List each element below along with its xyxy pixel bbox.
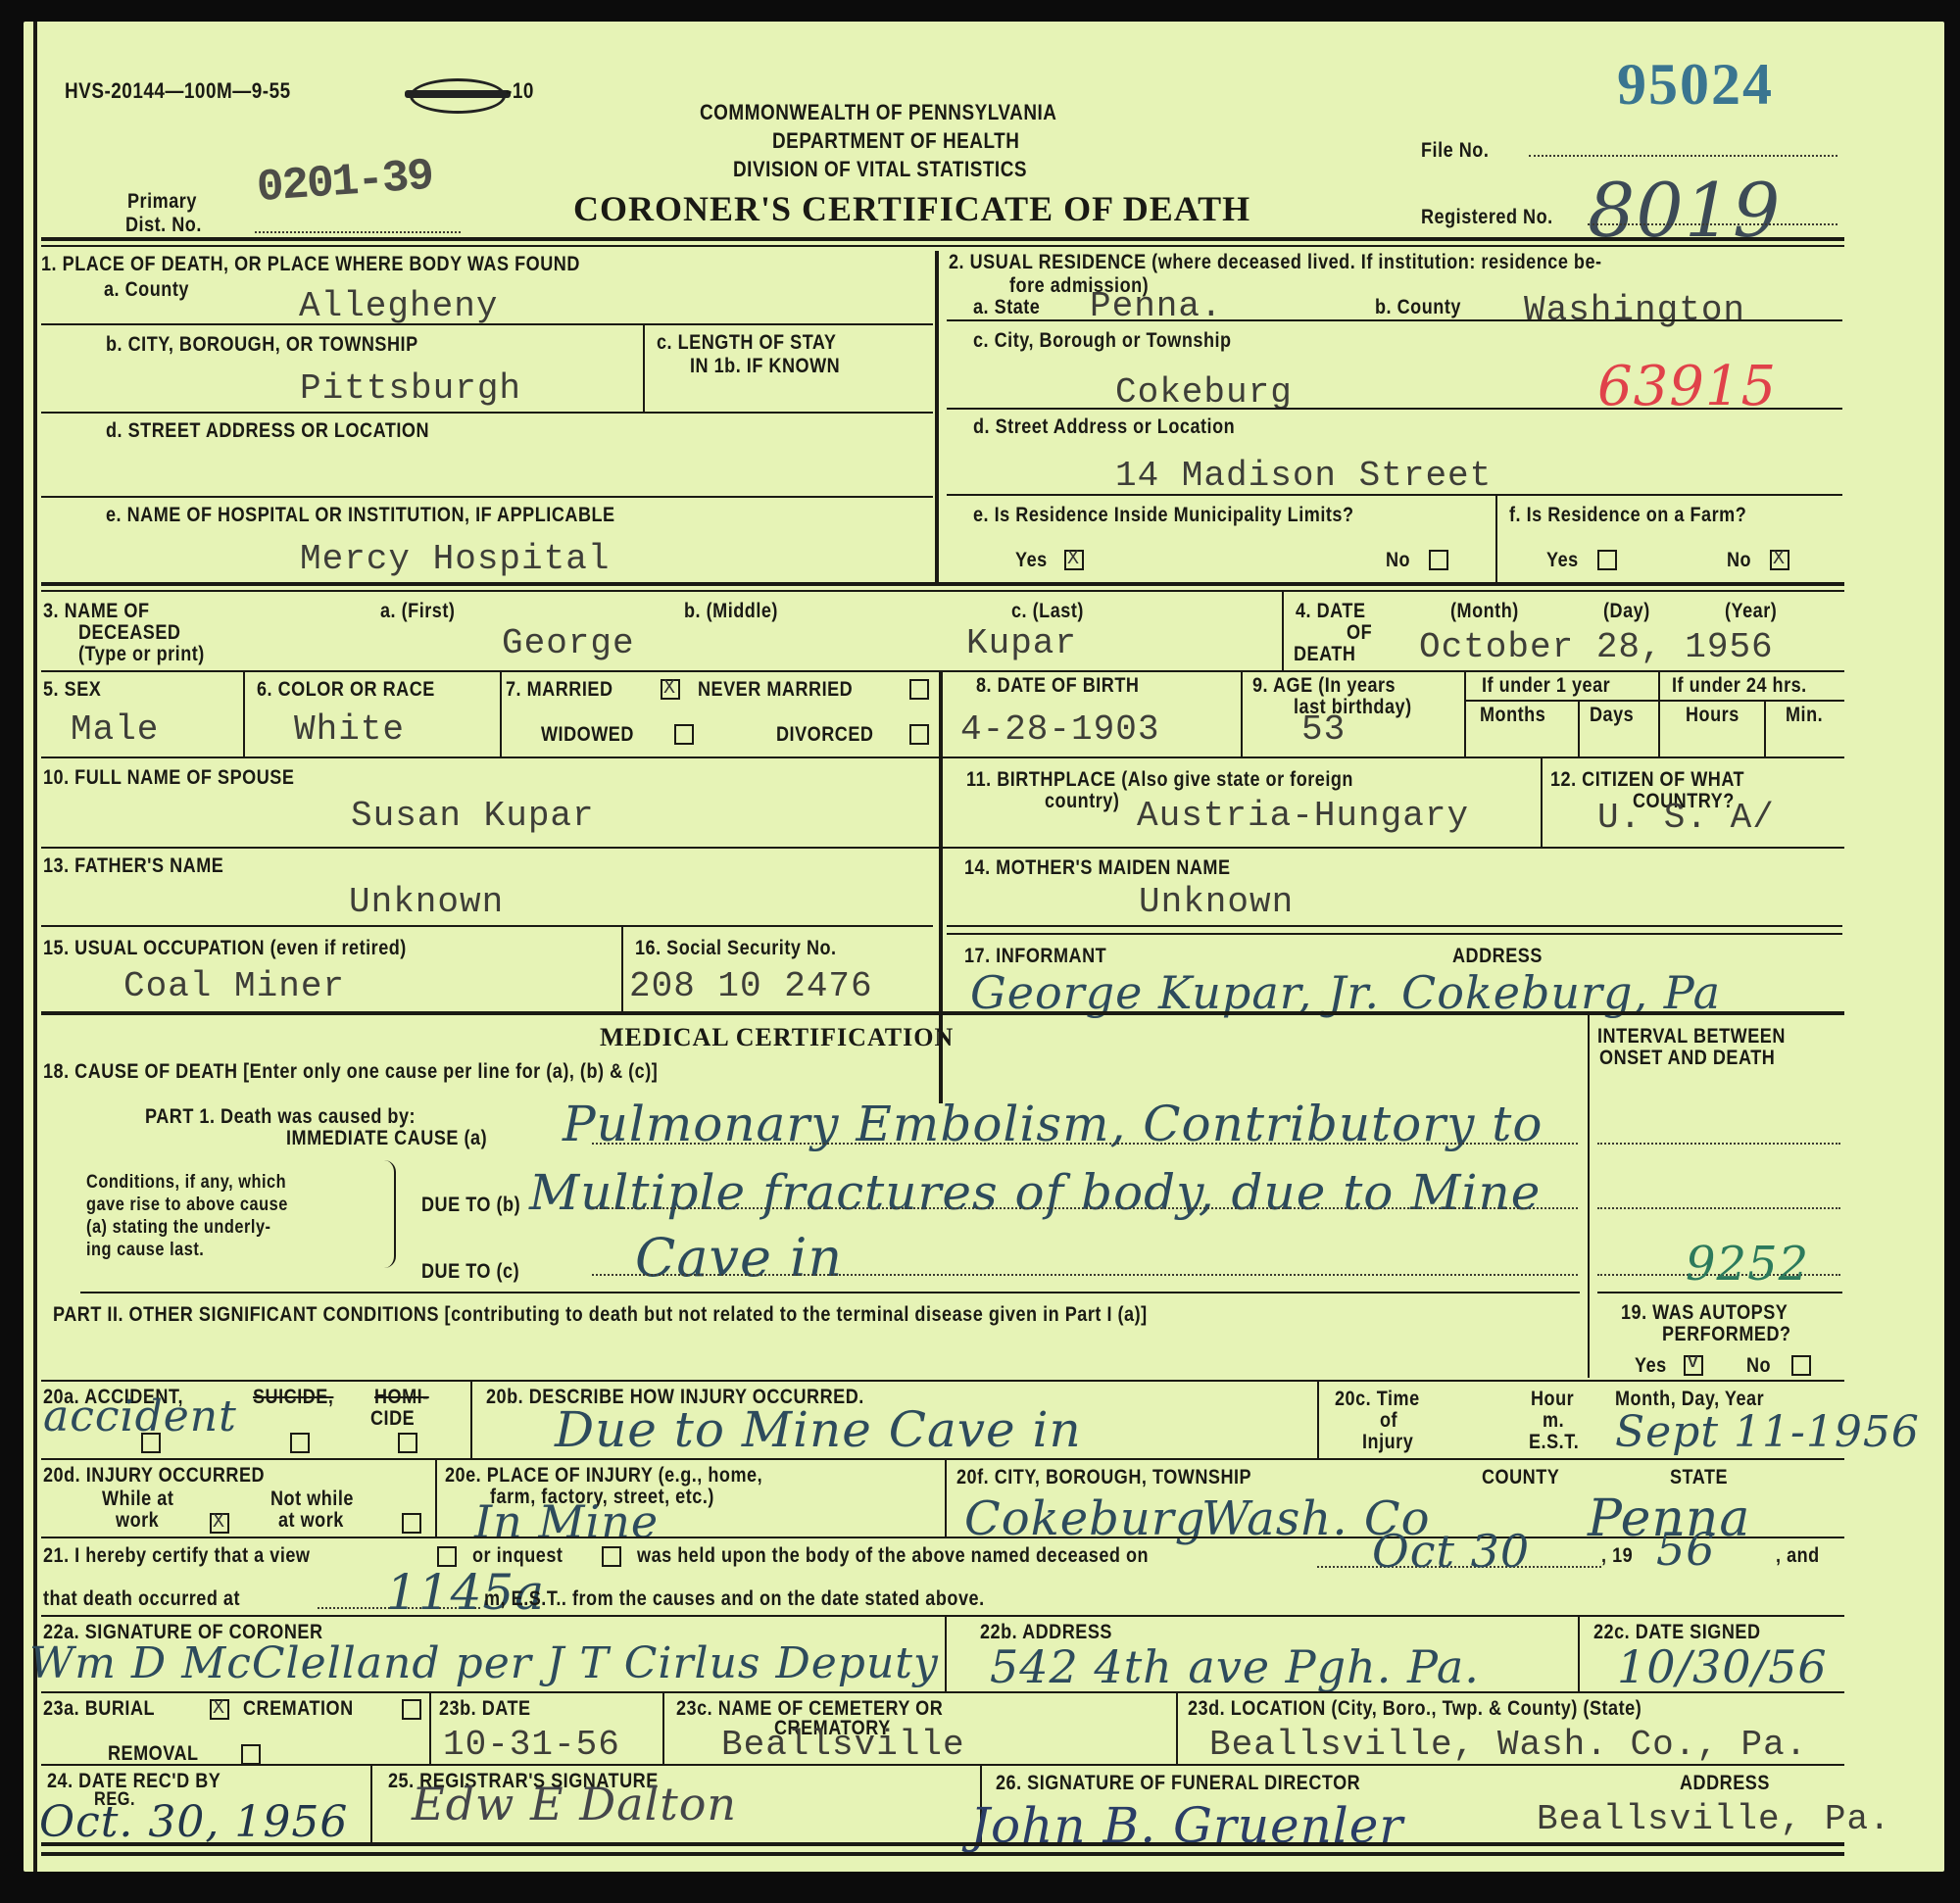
social-security-no[interactable]: 208 10 2476 [629,966,873,1006]
last-name[interactable]: Kupar [966,623,1077,663]
farm-yes-label: Yes [1546,549,1579,572]
rule [1282,592,1284,672]
agency-line-2: DEPARTMENT OF HEALTH [772,128,1019,154]
informant-address-label: ADDRESS [1452,945,1543,968]
removal-checkbox[interactable] [241,1744,261,1765]
res-county-label: b. County [1375,296,1461,319]
cremation-checkbox[interactable] [402,1699,421,1720]
file-no-label: File No. [1421,139,1489,163]
mother-maiden-name[interactable]: Unknown [1139,882,1294,922]
rule [429,1691,431,1766]
divorced-checkbox[interactable] [909,724,929,745]
rule [1495,494,1497,582]
county-label: a. County [104,278,189,302]
rule [41,496,933,498]
rule [1464,700,1844,702]
length-of-stay-label-2: IN 1b. IF KNOWN [690,355,840,378]
spouse-name[interactable]: Susan Kupar [351,796,595,836]
birthplace-label-2: country) [1045,790,1119,813]
rule [947,925,1842,927]
months-label: Months [1480,704,1545,727]
rule [935,251,939,582]
widowed-checkbox[interactable] [674,724,694,745]
spouse-label: 10. FULL NAME OF SPOUSE [43,766,294,790]
rule [41,237,1844,241]
mother-label: 14. MOTHER'S MAIDEN NAME [964,856,1231,880]
stamp-number: 95024 [1617,51,1774,119]
month-label: (Month) [1450,600,1519,623]
under-1-year-label: If under 1 year [1482,674,1610,698]
rule [947,933,1842,935]
cause-b-line [592,1207,1578,1209]
part2-label: PART II. OTHER SIGNIFICANT CONDITIONS [c… [53,1303,1148,1327]
farm-yes-checkbox[interactable] [1597,550,1617,570]
father-label: 13. FATHER'S NAME [43,854,223,878]
rule [945,1615,947,1693]
citizen-label-1: 12. CITIZEN OF WHAT [1550,768,1744,792]
death-county[interactable]: Allegheny [299,286,498,326]
rule [41,1764,1844,1766]
funeral-director-address[interactable]: Beallsville, Pa. [1537,1799,1891,1839]
date-of-birth[interactable]: 4-28-1903 [960,709,1159,750]
coroner-signature[interactable]: Wm D McClelland per J T Cirlus Deputy [29,1638,939,1688]
union-label-suffix: -10 [506,78,534,104]
name-label-2: DECEASED [78,621,180,645]
date-received[interactable]: Oct. 30, 1956 [39,1797,348,1847]
injury-county-label: COUNTY [1482,1466,1559,1489]
file-no-field[interactable] [1529,155,1837,157]
rule [41,590,1844,592]
never-married-checkbox[interactable] [909,679,929,700]
autopsy-no-label: No [1746,1354,1771,1378]
rule [1578,1615,1580,1693]
injury-state-label: STATE [1670,1466,1728,1489]
cause-b[interactable]: Multiple fractures of body, due to Mine [529,1164,1541,1221]
street-label: d. STREET ADDRESS OR LOCATION [106,419,429,443]
rule [41,582,1844,586]
autopsy-label-1: 19. WAS AUTOPSY [1621,1301,1788,1325]
rule [1578,700,1580,756]
cert-line1-a: 21. I hereby certify that a view [43,1544,310,1568]
injury-type[interactable]: accident [43,1391,237,1441]
funeral-director-label: 26. SIGNATURE OF FUNERAL DIRECTOR [996,1772,1360,1795]
injury-date[interactable]: Sept 11-1956 [1615,1407,1920,1457]
rule [1317,1380,1319,1460]
hour-label-1: Hour [1531,1388,1574,1411]
rule [41,1380,1844,1382]
rule [1658,672,1660,756]
rule [41,847,1844,849]
rule [243,672,245,756]
hospital-label: e. NAME OF HOSPITAL OR INSTITUTION, IF A… [106,504,615,527]
married-checkbox[interactable] [661,679,680,700]
dod-label-1: 4. DATE [1296,600,1366,623]
rule [1588,1013,1590,1378]
sex[interactable]: Male [71,709,159,750]
cremation-label: CREMATION [243,1697,354,1721]
rule [41,412,933,414]
rule [947,319,1842,321]
never-married-label: NEVER MARRIED [698,678,853,702]
registered-no-label: Registered No. [1421,206,1553,229]
residence-label-1: 2. USUAL RESIDENCE (where deceased lived… [949,251,1602,274]
rule [41,756,1844,758]
birthplace-label-1: 11. BIRTHPLACE (Also give state or forei… [966,768,1353,792]
days-label: Days [1590,704,1634,727]
form-code: HVS-20144—100M—9-55 [65,78,291,104]
accident-checkbox[interactable] [141,1433,161,1453]
removal-label: REMOVAL [108,1742,199,1766]
union-label-seal-icon [410,78,506,114]
rule [41,1691,1844,1693]
farm-no-checkbox[interactable] [1770,550,1789,570]
dob-label: 8. DATE OF BIRTH [976,674,1139,698]
autopsy-yes-label: Yes [1635,1354,1667,1378]
rule [41,1537,1844,1538]
rule [1176,1691,1178,1766]
res-city-label: c. City, Borough or Township [973,329,1232,353]
rule [1241,672,1243,756]
autopsy-no-checkbox[interactable] [1791,1355,1811,1376]
how-injury-occurred[interactable]: Due to Mine Cave in [555,1401,1082,1458]
homi-label: HOMI- [374,1386,429,1409]
rule [41,1852,1844,1856]
agency-line-3: DIVISION OF VITAL STATISTICS [733,157,1027,182]
cause-of-death-label: 18. CAUSE OF DEATH [Enter only one cause… [43,1060,658,1084]
cause-c-line [592,1274,1578,1276]
burial-label: 23a. BURIAL [43,1697,155,1721]
inside-no-label: No [1386,549,1410,572]
name-label-1: 3. NAME OF [43,600,150,623]
interval-code: 9252 [1686,1237,1809,1292]
inside-yes-checkbox[interactable] [1064,550,1084,570]
race[interactable]: White [294,709,405,750]
time-label-3: Injury [1362,1431,1413,1454]
hour-label-3: E.S.T. [1529,1431,1579,1454]
rule [41,1458,1844,1460]
autopsy-label-2: PERFORMED? [1662,1323,1791,1346]
hospital[interactable]: Mercy Hospital [300,539,610,579]
rule [500,672,502,756]
primary-dist-label-2: Dist. No. [125,214,202,237]
res-street-label: d. Street Address or Location [973,415,1235,439]
primary-dist-line [255,231,461,233]
sex-label: 5. SEX [43,678,101,702]
farm-label: f. Is Residence on a Farm? [1509,504,1746,527]
burial-location[interactable]: Beallsville, Wash. Co., Pa. [1209,1725,1807,1765]
rule [945,1460,947,1538]
cert-line2-a: that death occurred at [43,1587,240,1611]
time-label-1: 20c. Time [1335,1388,1420,1411]
part1-label: PART 1. Death was caused by: [145,1105,416,1129]
conditions-brace [384,1160,396,1268]
rule [1464,672,1466,756]
citizenship[interactable]: U. S. A/ [1597,798,1775,838]
interval-label-1: INTERVAL BETWEEN [1597,1025,1786,1049]
conditions-label-2: gave rise to above cause [86,1195,288,1216]
divorced-label: DIVORCED [776,723,873,747]
rule [41,323,933,325]
conditions-label-3: (a) stating the underly- [86,1217,271,1239]
rule [643,323,645,412]
interval-b-field[interactable] [1597,1207,1840,1209]
funeral-address-label: ADDRESS [1680,1772,1770,1795]
due-to-b-label: DUE TO (b) [421,1194,520,1217]
due-to-c-label: DUE TO (c) [421,1260,519,1284]
rule [41,925,933,927]
date-of-death[interactable]: October 28, 1956 [1419,627,1774,667]
held-year[interactable]: 56 [1656,1523,1716,1576]
ssn-label: 16. Social Security No. [635,937,837,960]
race-label: 6. COLOR OR RACE [257,678,435,702]
place-of-death-label: 1. PLACE OF DEATH, OR PLACE WHERE BODY W… [41,253,580,276]
burial-checkbox[interactable] [210,1699,229,1720]
interval-a-field[interactable] [1597,1143,1840,1145]
rule [621,925,623,1013]
rule [370,1764,372,1842]
cert-line2-b: m, E.S.T.. from the causes and on the da… [484,1587,985,1611]
year-label: (Year) [1725,600,1777,623]
farm-no-label: No [1727,549,1751,572]
autopsy-yes-checkbox[interactable] [1684,1355,1703,1376]
registered-no-line [1588,223,1837,225]
year-prefix: , 19 [1601,1544,1633,1568]
res-state-label: a. State [973,296,1040,319]
injury-city-label: 20f. CITY, BOROUGH, TOWNSHIP [956,1466,1251,1489]
under-24-hrs-label: If under 24 hrs. [1672,674,1807,698]
inquest-checkbox[interactable] [602,1546,621,1567]
held-date[interactable]: Oct 30 [1372,1525,1530,1578]
suicide-label: SUICIDE, [253,1386,333,1409]
rule [1541,758,1543,849]
rule [947,494,1842,496]
homicide-checkbox[interactable] [398,1433,417,1453]
cemetery-name[interactable]: Beallsville [721,1725,965,1765]
disposition-date-label: 23b. DATE [439,1697,531,1721]
cide-label: CIDE [370,1407,415,1431]
while-at-work-label-2: work [116,1509,159,1533]
middle-name-label: b. (Middle) [684,600,778,623]
length-of-stay-label-1: c. LENGTH OF STAY [657,331,836,355]
registrar-signature[interactable]: Edw E Dalton [412,1778,737,1830]
not-at-work-label-2: at work [278,1509,344,1533]
cause-c[interactable]: Cave in [635,1227,843,1289]
rule [41,1615,1844,1617]
name-label-3: (Type or print) [78,643,205,666]
occupation[interactable]: Coal Miner [123,966,345,1006]
while-at-work-label-1: While at [102,1488,173,1511]
first-name-label: a. (First) [380,600,455,623]
rule [41,245,1844,247]
res-city[interactable]: Cokeburg [1115,372,1293,413]
occupation-label: 15. USUAL OCCUPATION (even if retired) [43,937,407,960]
rule [662,1691,664,1766]
father-name[interactable]: Unknown [349,882,504,922]
hours-label: Hours [1686,704,1739,727]
rule [41,670,1844,672]
agency-line-1: COMMONWEALTH OF PENNSYLVANIA [700,100,1056,125]
dod-label-3: DEATH [1294,643,1355,666]
rule [1764,700,1766,756]
conditions-label-4: ing cause last. [86,1240,204,1261]
suicide-checkbox[interactable] [290,1433,310,1453]
married-label: 7. MARRIED [506,678,613,702]
coroner-address[interactable]: 542 4th ave Pgh. Pa. [990,1640,1480,1693]
rule [41,1842,1844,1846]
interval-label-2: ONSET AND DEATH [1599,1047,1775,1070]
medical-heading: MEDICAL CERTIFICATION [600,1023,954,1052]
rule [80,1292,1580,1293]
place-of-injury-label-1: 20e. PLACE OF INJURY (e.g., home, [445,1464,762,1488]
inside-limits-label: e. Is Residence Inside Municipality Limi… [973,504,1354,527]
date-signed[interactable]: 10/30/56 [1617,1640,1828,1693]
rule [947,408,1842,410]
conditions-label-1: Conditions, if any, which [86,1172,286,1194]
inside-no-checkbox[interactable] [1429,550,1448,570]
rule [435,1460,437,1538]
document-title: CORONER'S CERTIFICATE OF DEATH [573,188,1250,229]
dod-label-2: OF [1347,621,1372,645]
time-label-2: of [1380,1409,1397,1433]
inside-yes-label: Yes [1015,549,1048,572]
widowed-label: WIDOWED [541,723,634,747]
cause-a-line [592,1143,1578,1145]
age[interactable]: 53 [1301,709,1346,750]
rule [41,1011,1844,1015]
informant-label: 17. INFORMANT [964,945,1106,968]
min-label: Min. [1786,704,1823,727]
res-county[interactable]: Washington [1524,290,1745,330]
place-of-injury[interactable]: In Mine [474,1495,659,1548]
first-name[interactable]: George [502,623,635,663]
not-at-work-label-1: Not while [270,1488,354,1511]
city-label: b. CITY, BOROUGH, OR TOWNSHIP [106,333,418,357]
birthplace[interactable]: Austria-Hungary [1137,796,1469,836]
location-label: 23d. LOCATION (City, Boro., Twp. & Count… [1188,1697,1641,1721]
hour-label-2: m. [1543,1409,1564,1433]
res-street[interactable]: 14 Madison Street [1115,456,1492,496]
primary-dist-label-1: Primary [127,190,197,214]
age-label-1: 9. AGE (In years [1252,674,1396,698]
day-label: (Day) [1603,600,1650,623]
rule [1597,1292,1842,1293]
not-at-work-checkbox[interactable] [402,1513,421,1534]
left-margin-rule [33,22,37,1872]
while-at-work-checkbox[interactable] [210,1513,229,1534]
death-city[interactable]: Pittsburgh [300,368,521,409]
immediate-cause-label: IMMEDIATE CAUSE (a) [286,1127,487,1150]
injury-occurred-label: 20d. INJURY OCCURRED [43,1464,265,1488]
cert-line1-end: , and [1776,1544,1820,1568]
cert-line1-c: was held upon the body of the above name… [637,1544,1149,1568]
last-name-label: c. (Last) [1011,600,1084,623]
rule [470,1380,472,1460]
disposition-date[interactable]: 10-31-56 [443,1725,620,1765]
